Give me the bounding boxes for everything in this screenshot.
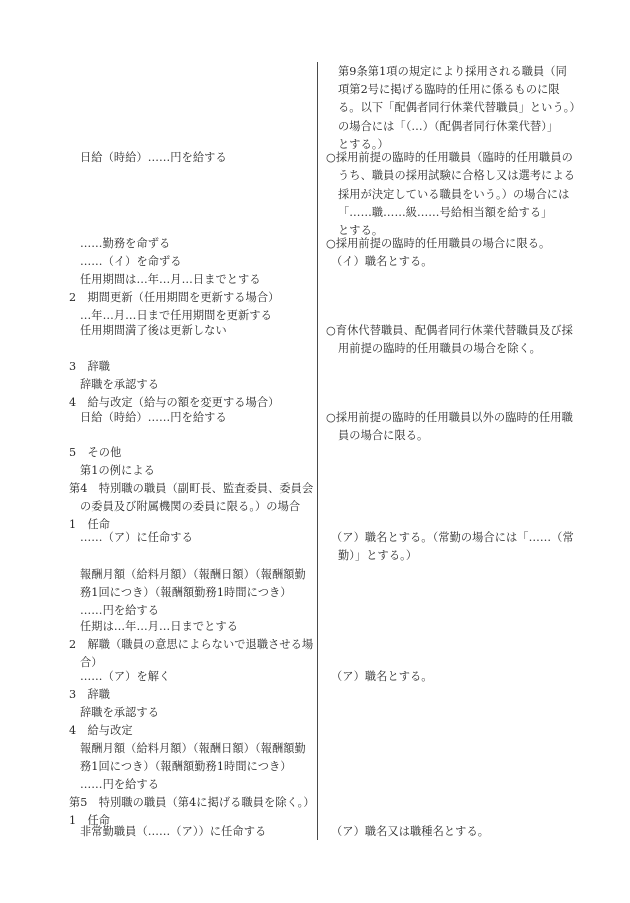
form-text-line: 合） [80, 656, 103, 670]
note-text-line: とする。 [338, 224, 383, 238]
note-text-line: 採用が決定している職員をいう。）の場合には [338, 188, 569, 202]
note-text-line: ○採用前提の臨時的任用職員の場合に限る。 [326, 237, 550, 251]
form-text-line: ……円を給する [80, 778, 159, 792]
form-text-line: 辞職を承認する [80, 378, 159, 392]
form-text-line: 務1回につき）（報酬額勤務1時間につき） [80, 760, 292, 774]
note-text-line: （イ）職名とする。 [331, 255, 433, 269]
form-text-line: 日給（時給）……円を給する [80, 151, 227, 165]
form-text-line: の委員及び附属機関の委員に限る。）の場合 [80, 500, 300, 514]
note-text-line: ○採用前提の臨時的任用職員以外の臨時的任用職 [326, 411, 573, 425]
form-text-line: 任用期間満了後は更新しない [80, 324, 227, 338]
note-text-line: 用前提の臨時的任用職員の場合を除く。 [338, 342, 541, 356]
form-text-line: 2 解職（職員の意思によらないで退職させる場 [69, 638, 313, 652]
note-text-line: 項第2号に掲げる臨時的任用に係るものに限 [338, 83, 560, 97]
note-text-line: ○採用前提の臨時的任用職員（臨時的任用職員の [326, 151, 573, 165]
note-text-line: とする。） [338, 138, 389, 152]
note-text-line: の場合には「（…）（配偶者同行休業代替）」 [338, 120, 558, 134]
note-text-line: （ア）職名とする。（常勤の場合には「……（常 [331, 531, 574, 545]
form-text-line: 第4 特別職の職員（副町長、監査委員、委員会 [69, 482, 313, 496]
form-text-line: ……勤務を命ずる [80, 237, 170, 251]
form-text-line: 任期は…年…月…日までとする [80, 620, 238, 634]
form-text-line: ……（ア）に任命する [80, 531, 193, 545]
note-text-line: 員の場合に限る。 [338, 429, 428, 443]
form-text-line: 2 期間更新（任用期間を更新する場合） [69, 291, 279, 305]
column-divider [317, 62, 318, 840]
note-text-line: うち、職員の採用試験に合格し又は選考による [338, 169, 575, 183]
form-text-line: ……（イ）を命ずる [80, 255, 182, 269]
form-text-line: 第5 特別職の職員（第4に掲げる職員を除く。） [69, 796, 315, 810]
form-text-line: 1 任命 [69, 518, 110, 532]
form-text-line: 辞職を承認する [80, 706, 159, 720]
form-text-line: 務1回につき）（報酬額勤務1時間につき） [80, 586, 292, 600]
form-text-line: 非常勤職員（……（ア））に任命する [80, 825, 266, 839]
form-text-line: 第1の例による [80, 464, 155, 478]
note-text-line: 「……職……級……号給相当額を給する」 [338, 206, 552, 220]
form-text-line: 3 辞職 [69, 688, 110, 702]
form-text-line: 3 辞職 [69, 360, 110, 374]
document-page: 日給（時給）……円を給する……勤務を命ずる……（イ）を命ずる任用期間は…年…月…… [0, 0, 630, 903]
note-text-line: 勤）」とする。） [338, 549, 417, 563]
form-text-line: 4 給与改定 [69, 724, 133, 738]
note-text-line: ○育休代替職員、配偶者同行休業代替職員及び採 [326, 324, 573, 338]
form-text-line: ……円を給する [80, 604, 159, 618]
note-text-line: （ア）職名とする。 [331, 670, 433, 684]
note-text-line: る。以下「配偶者同行休業代替職員」という。） [338, 101, 581, 115]
form-text-line: 日給（時給）……円を給する [80, 411, 227, 425]
note-text-line: （ア）職名又は職種名とする。 [331, 825, 489, 839]
form-text-line: 4 給与改定（給与の額を変更する場合） [69, 396, 279, 410]
form-text-line: ……（ア）を解く [80, 670, 170, 684]
note-text-line: 第9条第1項の規定により採用される職員（同 [338, 65, 567, 79]
form-text-line: 報酬月額（給料月額）（報酬日額）（報酬額勤 [80, 568, 306, 582]
form-text-line: …年…月…日まで任用期間を更新する [80, 309, 272, 323]
form-text-line: 5 その他 [69, 446, 121, 460]
form-text-line: 報酬月額（給料月額）（報酬日額）（報酬額勤 [80, 742, 306, 756]
form-text-line: 任用期間は…年…月…日までとする [80, 273, 261, 287]
